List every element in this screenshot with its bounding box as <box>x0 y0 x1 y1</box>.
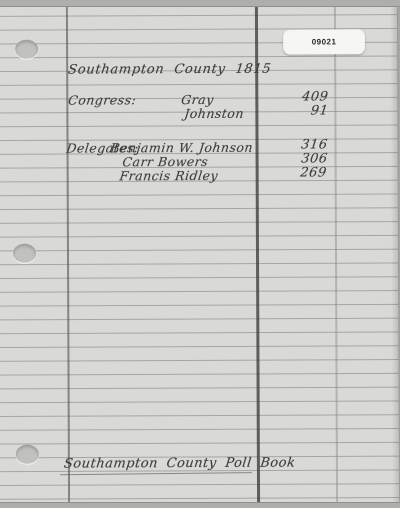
footer-underline <box>60 472 252 475</box>
hole-punch-top <box>15 40 38 59</box>
catalog-number: 09021 <box>312 37 337 46</box>
left-margin-line <box>66 7 70 504</box>
office-label-congress: Congress: <box>67 92 137 107</box>
candidate-name: Benjamin W. Johnson <box>110 140 254 156</box>
scanner-edge-bottom <box>0 502 400 508</box>
vote-count: 306 <box>295 151 329 166</box>
page-edge-shadow <box>390 5 399 502</box>
document-title: Southampton County 1815 <box>67 62 272 78</box>
hole-punch-middle <box>13 244 36 263</box>
vote-count: 409 <box>295 89 329 104</box>
vote-count: 269 <box>294 165 328 180</box>
candidate-name: Gray <box>180 92 214 107</box>
vote-count: 91 <box>295 103 329 118</box>
candidate-name: Francis Ridley <box>119 168 219 183</box>
vote-count: 316 <box>295 137 329 152</box>
center-rule-line <box>255 6 260 503</box>
hole-punch-bottom <box>16 445 39 464</box>
catalog-sticker: 09021 <box>283 29 365 54</box>
ledger-page: 09021 Southampton County 1815 Congress: … <box>0 5 399 504</box>
scanner-edge-top <box>0 0 400 7</box>
footer-title: Southampton County Poll Book <box>63 456 296 472</box>
scanned-document: 09021 Southampton County 1815 Congress: … <box>0 0 400 508</box>
right-rule-line <box>334 5 338 502</box>
candidate-name: Johnston <box>183 106 244 121</box>
